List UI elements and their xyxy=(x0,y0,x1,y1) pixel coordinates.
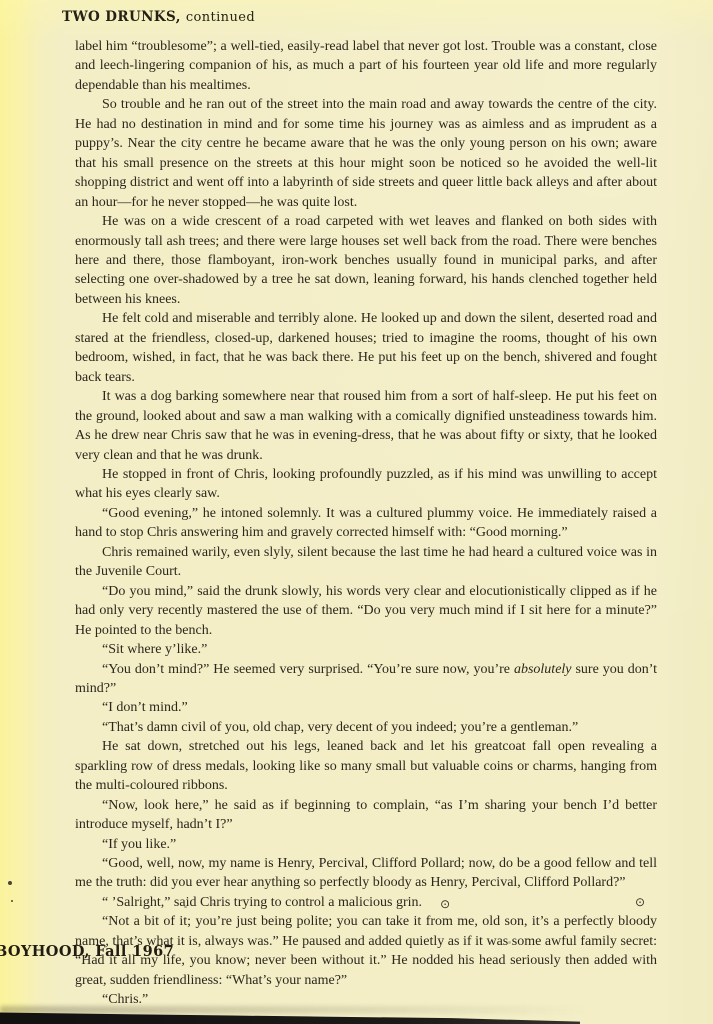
text-run: He was on a wide crescent of a road carp… xyxy=(75,214,657,307)
scanned-page: TWO DRUNKS,continued label him “troubles… xyxy=(0,0,713,1024)
paragraph: So trouble and he ran out of the street … xyxy=(75,95,657,212)
scan-edge-shadow xyxy=(0,1006,620,1014)
text-run: “Do you mind,” said the drunk slowly, hi… xyxy=(75,584,657,638)
dust-speck xyxy=(212,903,215,905)
text-run: “If you like.” xyxy=(102,837,176,852)
paragraph: label him “troublesome”; a well-tied, ea… xyxy=(75,37,657,95)
continued-label: continued xyxy=(186,10,255,25)
text-run: “Now, look here,” he said as if beginnin… xyxy=(75,798,657,832)
text-run: “Sit where y’like.” xyxy=(102,642,207,657)
paragraph: He stopped in front of Chris, looking pr… xyxy=(75,465,657,504)
text-run: Chris remained warily, even slyly, silen… xyxy=(75,545,657,579)
text-run: “That’s damn civil of you, old chap, ver… xyxy=(102,720,578,735)
dust-speck xyxy=(184,906,187,908)
paragraph: “That’s damn civil of you, old chap, ver… xyxy=(75,718,657,737)
paragraph: He felt cold and miserable and terribly … xyxy=(75,309,657,387)
paragraph: It was a dog barking somewhere near that… xyxy=(75,387,657,465)
paragraph: He sat down, stretched out his legs, lea… xyxy=(75,737,657,795)
paragraph: “Good evening,” he intoned solemnly. It … xyxy=(75,504,657,543)
journal-footer-text: BOYHOOD, Fall 1967 xyxy=(0,943,174,960)
journal-footer: BOYHOOD, Fall 1967 xyxy=(0,943,174,960)
text-run: He felt cold and miserable and terribly … xyxy=(75,311,657,384)
paragraph: “Good, well, now, my name is Henry, Perc… xyxy=(75,854,657,893)
paragraph: “If you like.” xyxy=(75,835,657,854)
running-header: TWO DRUNKS,continued xyxy=(62,9,255,25)
dust-speck xyxy=(508,941,511,944)
paragraph: “I don’t mind.” xyxy=(75,698,657,717)
dust-speck xyxy=(8,881,12,885)
story-text: label him “troublesome”; a well-tied, ea… xyxy=(75,37,657,1010)
story-title: TWO DRUNKS, xyxy=(62,9,181,25)
text-run: “ ’Salright,” said Chris trying to contr… xyxy=(102,895,422,910)
italic-run: absolutely xyxy=(514,662,572,677)
paragraph: “Sit where y’like.” xyxy=(75,640,657,659)
text-run: “Good evening,” he intoned solemnly. It … xyxy=(75,506,657,540)
text-run: So trouble and he ran out of the street … xyxy=(75,97,657,209)
text-run: It was a dog barking somewhere near that… xyxy=(75,389,657,462)
text-run: He stopped in front of Chris, looking pr… xyxy=(75,467,657,501)
paragraph: “You don’t mind?” He seemed very surpris… xyxy=(75,660,657,699)
paragraph: Chris remained warily, even slyly, silen… xyxy=(75,543,657,582)
text-run: “You don’t mind?” He seemed very surpris… xyxy=(102,662,514,677)
end-ornament-icon: ⊙ xyxy=(635,896,645,908)
text-run: He sat down, stretched out his legs, lea… xyxy=(75,739,657,793)
paragraph: “ ’Salright,” said Chris trying to contr… xyxy=(75,893,657,912)
paragraph: “Do you mind,” said the drunk slowly, hi… xyxy=(75,582,657,640)
text-run: label him “troublesome”; a well-tied, ea… xyxy=(75,39,657,93)
text-run: “I don’t mind.” xyxy=(102,700,188,715)
text-run: “Chris.” xyxy=(102,992,148,1007)
paragraph: “Now, look here,” he said as if beginnin… xyxy=(75,796,657,835)
paragraph: He was on a wide crescent of a road carp… xyxy=(75,212,657,309)
dust-speck xyxy=(11,900,13,902)
text-run: “Good, well, now, my name is Henry, Perc… xyxy=(75,856,657,890)
